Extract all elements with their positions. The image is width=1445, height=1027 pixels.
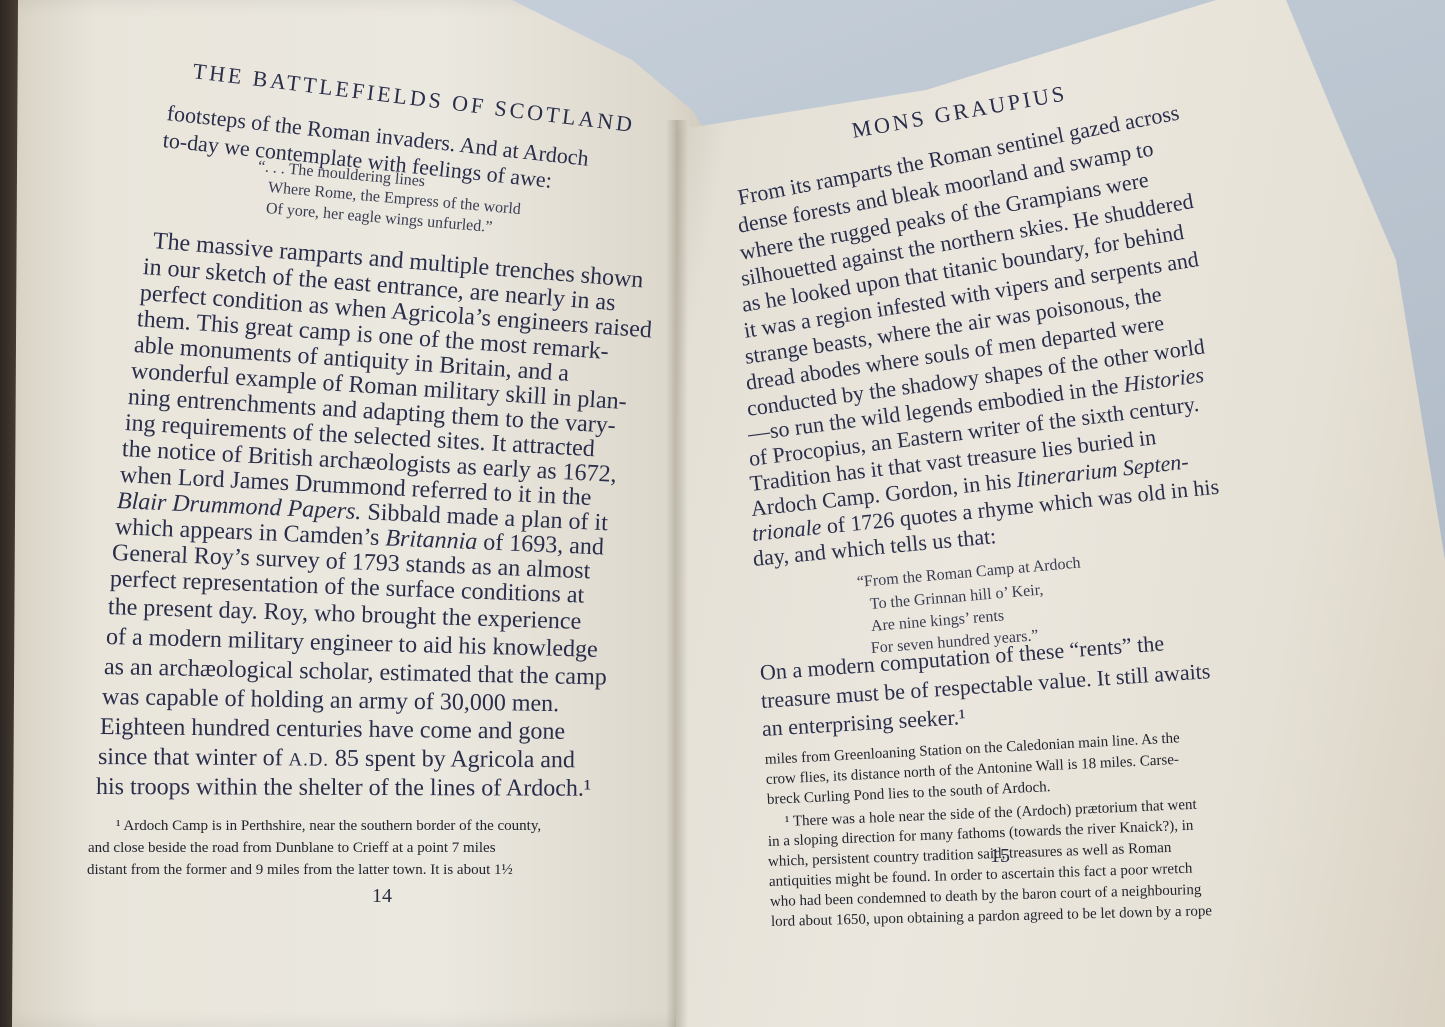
page-number-left: 14	[372, 885, 392, 908]
body-line: since that winter of A.D. 85 spent by Ag…	[98, 744, 575, 774]
footnote-line: distant from the former and 9 miles from…	[87, 862, 513, 879]
footnote-line: ¹ Ardoch Camp is in Perthshire, near the…	[116, 818, 541, 835]
body-line: Eighteen hundred centuries have come and…	[100, 714, 565, 746]
footnote-line: and close beside the road from Dunblane …	[88, 840, 496, 857]
book-gutter	[666, 120, 688, 1027]
page-number-right: 15	[990, 845, 1010, 868]
body-line: his troops within the shelter of the lin…	[96, 774, 591, 803]
